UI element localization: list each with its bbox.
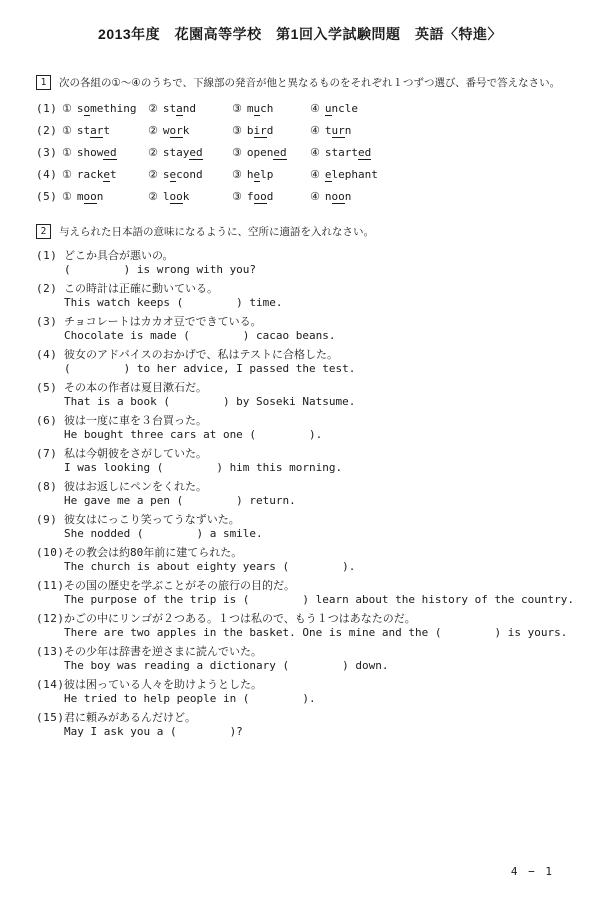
circled-number: ③ <box>232 102 242 115</box>
option-word: something <box>77 102 137 115</box>
circled-number: ④ <box>310 102 320 115</box>
section2-items: (1)どこか具合が悪いの。( ) is wrong with you?(2)この… <box>36 249 600 738</box>
word-prefix: l <box>163 190 170 203</box>
item-label: (9) <box>36 513 64 526</box>
row-label: (5) <box>36 190 62 203</box>
option-word: start <box>77 124 110 137</box>
item-japanese-text: かごの中にリンゴが２つある。１つは私ので、もう１つはあなたのだ。 <box>64 612 416 625</box>
circled-number: ② <box>148 124 158 137</box>
word-underlined-part: ar <box>90 124 103 138</box>
item-japanese-line: (3)チョコレートはカカオ豆でできている。 <box>36 315 600 328</box>
item-japanese-text: 彼は一度に車を３台買った。 <box>64 414 207 427</box>
item-english-sentence: May I ask you a ( )? <box>36 725 600 738</box>
option-word: showed <box>77 146 117 159</box>
item-english-sentence: I was looking ( ) him this morning. <box>36 461 600 474</box>
option-word: stayed <box>163 146 203 159</box>
item-label: (6) <box>36 414 64 427</box>
circled-number: ③ <box>232 168 242 181</box>
word-prefix: w <box>163 124 170 137</box>
option-word: much <box>247 102 274 115</box>
word-suffix: n <box>345 190 352 203</box>
item-japanese-line: (14)彼は困っている人々を助けようとした。 <box>36 678 600 691</box>
item-japanese-line: (13)その少年は辞書を逆さまに読んでいた。 <box>36 645 600 658</box>
fill-in-item: (3)チョコレートはカカオ豆でできている。Chocolate is made (… <box>36 315 600 342</box>
word-suffix: d <box>267 124 274 137</box>
word-prefix: st <box>163 102 176 115</box>
circled-number: ② <box>148 190 158 203</box>
fill-in-item: (8)彼はお返しにペンをくれた。He gave me a pen ( ) ret… <box>36 480 600 507</box>
section1-rows: (1)①something②stand③much④uncle(2)①start②… <box>36 97 600 207</box>
item-label: (7) <box>36 447 64 460</box>
word-prefix: rack <box>77 168 104 181</box>
fill-in-item: (4)彼女のアドバイスのおかげで、私はテストに合格した。( ) to her a… <box>36 348 600 375</box>
section1-header: 1 次の各組の①～④のうちで、下線部の発音が他と異なるものをそれぞれ１つずつ選び… <box>36 75 600 90</box>
word-underlined-part: a <box>176 102 183 116</box>
pronunciation-option: ①something <box>62 102 148 115</box>
word-underlined-part: e <box>325 168 332 182</box>
pronunciation-option: ②second <box>148 168 232 181</box>
word-prefix: s <box>163 168 170 181</box>
word-underlined-part: oo <box>84 190 97 204</box>
pronunciation-row: (4)①racket②second③help④elephant <box>36 163 600 185</box>
pronunciation-option: ④turn <box>310 124 351 137</box>
pronunciation-option: ②work <box>148 124 232 137</box>
word-underlined-part: e <box>103 168 110 182</box>
option-word: help <box>247 168 274 181</box>
circled-number: ③ <box>232 190 242 203</box>
fill-in-item: (2)この時計は正確に動いている。This watch keeps ( ) ti… <box>36 282 600 309</box>
item-japanese-line: (2)この時計は正確に動いている。 <box>36 282 600 295</box>
word-prefix: n <box>325 190 332 203</box>
word-suffix: lephant <box>332 168 378 181</box>
option-word: racket <box>77 168 117 181</box>
option-word: work <box>163 124 190 137</box>
item-english-sentence: There are two apples in the basket. One … <box>36 626 600 639</box>
word-suffix: mething <box>90 102 136 115</box>
item-japanese-text: この時計は正確に動いている。 <box>64 282 218 295</box>
word-suffix: nd <box>183 102 196 115</box>
pronunciation-row: (2)①start②work③bird④turn <box>36 119 600 141</box>
exam-page: 2013年度 花園高等学校 第1回入学試験問題 英語〈特進〉 1 次の各組の①～… <box>0 0 600 900</box>
pronunciation-option: ③much <box>232 102 310 115</box>
item-label: (14) <box>36 678 64 691</box>
item-japanese-text: 彼女はにっこり笑ってうなずいた。 <box>64 513 240 526</box>
circled-number: ① <box>62 124 72 137</box>
option-word: look <box>163 190 190 203</box>
circled-number: ③ <box>232 124 242 137</box>
word-prefix: s <box>77 102 84 115</box>
fill-in-item: (13)その少年は辞書を逆さまに読んでいた。The boy was readin… <box>36 645 600 672</box>
word-underlined-part: oo <box>254 190 267 204</box>
word-underlined-part: oo <box>170 190 183 204</box>
fill-in-item: (5)その本の作者は夏目漱石だ。That is a book ( ) by So… <box>36 381 600 408</box>
section2-header: 2 与えられた日本語の意味になるように、空所に適語を入れなさい。 <box>36 224 600 239</box>
word-suffix: ch <box>260 102 273 115</box>
option-word: uncle <box>325 102 358 115</box>
row-label: (2) <box>36 124 62 137</box>
item-english-sentence: The church is about eighty years ( ). <box>36 560 600 573</box>
pronunciation-option: ③bird <box>232 124 310 137</box>
word-suffix: d <box>267 190 274 203</box>
option-word: started <box>325 146 371 159</box>
word-prefix: t <box>325 124 332 137</box>
word-prefix: stay <box>163 146 190 159</box>
option-word: elephant <box>325 168 378 181</box>
pronunciation-option: ①start <box>62 124 148 137</box>
circled-number: ② <box>148 168 158 181</box>
word-prefix: st <box>77 124 90 137</box>
fill-in-item: (7)私は今朝彼をさがしていた。I was looking ( ) him th… <box>36 447 600 474</box>
item-label: (5) <box>36 381 64 394</box>
word-prefix: h <box>247 168 254 181</box>
pronunciation-option: ④elephant <box>310 168 378 181</box>
pronunciation-option: ④started <box>310 146 371 159</box>
option-word: stand <box>163 102 196 115</box>
item-label: (13) <box>36 645 64 658</box>
item-japanese-text: チョコレートはカカオ豆でできている。 <box>64 315 262 328</box>
option-word: turn <box>325 124 352 137</box>
word-underlined-part: ed <box>273 146 286 160</box>
circled-number: ① <box>62 168 72 181</box>
pronunciation-option: ④uncle <box>310 102 358 115</box>
circled-number: ① <box>62 102 72 115</box>
fill-in-item: (9)彼女はにっこり笑ってうなずいた。She nodded ( ) a smil… <box>36 513 600 540</box>
option-word: noon <box>325 190 352 203</box>
page-title: 2013年度 花園高等学校 第1回入学試験問題 英語〈特進〉 <box>0 0 600 44</box>
word-underlined-part: u <box>325 102 332 116</box>
item-english-sentence: ( ) is wrong with you? <box>36 263 600 276</box>
row-label: (1) <box>36 102 62 115</box>
section1-instruction: 次の各組の①～④のうちで、下線部の発音が他と異なるものをそれぞれ１つずつ選び、番… <box>59 75 560 90</box>
circled-number: ① <box>62 190 72 203</box>
word-underlined-part: ed <box>358 146 371 160</box>
item-label: (11) <box>36 579 64 592</box>
item-japanese-line: (4)彼女のアドバイスのおかげで、私はテストに合格した。 <box>36 348 600 361</box>
word-suffix: ncle <box>332 102 359 115</box>
item-japanese-line: (15)君に頼みがあるんだけど。 <box>36 711 600 724</box>
circled-number: ④ <box>310 190 320 203</box>
fill-in-item: (6)彼は一度に車を３台買った。He bought three cars at … <box>36 414 600 441</box>
word-prefix: f <box>247 190 254 203</box>
item-english-sentence: The boy was reading a dictionary ( ) dow… <box>36 659 600 672</box>
fill-in-item: (15)君に頼みがあるんだけど。May I ask you a ( )? <box>36 711 600 738</box>
item-english-sentence: She nodded ( ) a smile. <box>36 527 600 540</box>
item-label: (8) <box>36 480 64 493</box>
word-underlined-part: ir <box>254 124 267 138</box>
fill-in-item: (11)その国の歴史を学ぶことがその旅行の目的だ。The purpose of … <box>36 579 600 606</box>
word-underlined-part: oo <box>332 190 345 204</box>
item-japanese-line: (1)どこか具合が悪いの。 <box>36 249 600 262</box>
item-japanese-text: その少年は辞書を逆さまに読んでいた。 <box>64 645 262 658</box>
pronunciation-option: ①showed <box>62 146 148 159</box>
word-suffix: t <box>110 168 117 181</box>
item-english-sentence: That is a book ( ) by Soseki Natsume. <box>36 395 600 408</box>
circled-number: ④ <box>310 168 320 181</box>
word-prefix: open <box>247 146 274 159</box>
word-prefix: m <box>77 190 84 203</box>
word-suffix: cond <box>176 168 203 181</box>
word-underlined-part: ed <box>189 146 202 160</box>
pronunciation-option: ③food <box>232 190 310 203</box>
fill-in-item: (12)かごの中にリンゴが２つある。１つは私ので、もう１つはあなたのだ。Ther… <box>36 612 600 639</box>
fill-in-item: (14)彼は困っている人々を助けようとした。He tried to help p… <box>36 678 600 705</box>
item-label: (2) <box>36 282 64 295</box>
item-japanese-line: (12)かごの中にリンゴが２つある。１つは私ので、もう１つはあなたのだ。 <box>36 612 600 625</box>
pronunciation-option: ①moon <box>62 190 148 203</box>
word-underlined-part: ed <box>103 146 116 160</box>
circled-number: ② <box>148 146 158 159</box>
item-label: (12) <box>36 612 64 625</box>
word-prefix: m <box>247 102 254 115</box>
word-prefix: show <box>77 146 104 159</box>
item-label: (4) <box>36 348 64 361</box>
item-japanese-line: (10)その教会は約80年前に建てられた。 <box>36 546 600 559</box>
option-word: second <box>163 168 203 181</box>
item-japanese-text: 君に頼みがあるんだけど。 <box>64 711 196 724</box>
pronunciation-option: ②look <box>148 190 232 203</box>
item-japanese-text: どこか具合が悪いの。 <box>64 249 174 262</box>
item-japanese-text: 彼女のアドバイスのおかげで、私はテストに合格した。 <box>64 348 338 361</box>
circled-number: ④ <box>310 146 320 159</box>
item-label: (15) <box>36 711 64 724</box>
item-japanese-text: 彼はお返しにペンをくれた。 <box>64 480 207 493</box>
option-word: bird <box>247 124 274 137</box>
item-english-sentence: The purpose of the trip is ( ) learn abo… <box>36 593 600 606</box>
item-label: (10) <box>36 546 64 559</box>
item-japanese-text: 私は今朝彼をさがしていた。 <box>64 447 207 460</box>
word-underlined-part: or <box>170 124 183 138</box>
pronunciation-option: ①racket <box>62 168 148 181</box>
word-suffix: k <box>183 124 190 137</box>
row-label: (4) <box>36 168 62 181</box>
pronunciation-row: (5)①moon②look③food④noon <box>36 185 600 207</box>
item-japanese-text: その国の歴史を学ぶことがその旅行の目的だ。 <box>64 579 295 592</box>
row-label: (3) <box>36 146 62 159</box>
word-prefix: start <box>325 146 358 159</box>
option-word: moon <box>77 190 104 203</box>
pronunciation-option: ②stayed <box>148 146 232 159</box>
pronunciation-option: ②stand <box>148 102 232 115</box>
option-word: food <box>247 190 274 203</box>
word-underlined-part: ur <box>332 124 345 138</box>
pronunciation-option: ③help <box>232 168 310 181</box>
item-english-sentence: He tried to help people in ( ). <box>36 692 600 705</box>
word-suffix: n <box>97 190 104 203</box>
item-japanese-text: その本の作者は夏目漱石だ。 <box>64 381 207 394</box>
pronunciation-row: (3)①showed②stayed③opened④started <box>36 141 600 163</box>
section2-instruction: 与えられた日本語の意味になるように、空所に適語を入れなさい。 <box>59 224 374 239</box>
item-japanese-line: (9)彼女はにっこり笑ってうなずいた。 <box>36 513 600 526</box>
circled-number: ④ <box>310 124 320 137</box>
fill-in-item: (1)どこか具合が悪いの。( ) is wrong with you? <box>36 249 600 276</box>
item-japanese-text: その教会は約80年前に建てられた。 <box>64 546 242 559</box>
word-prefix: b <box>247 124 254 137</box>
item-english-sentence: This watch keeps ( ) time. <box>36 296 600 309</box>
item-english-sentence: He bought three cars at one ( ). <box>36 428 600 441</box>
option-word: opened <box>247 146 287 159</box>
word-suffix: lp <box>260 168 273 181</box>
circled-number: ① <box>62 146 72 159</box>
word-suffix: k <box>183 190 190 203</box>
item-japanese-text: 彼は困っている人々を助けようとした。 <box>64 678 262 691</box>
word-suffix: n <box>345 124 352 137</box>
item-japanese-line: (8)彼はお返しにペンをくれた。 <box>36 480 600 493</box>
fill-in-item: (10)その教会は約80年前に建てられた。The church is about… <box>36 546 600 573</box>
item-english-sentence: Chocolate is made ( ) cacao beans. <box>36 329 600 342</box>
item-japanese-line: (7)私は今朝彼をさがしていた。 <box>36 447 600 460</box>
item-english-sentence: He gave me a pen ( ) return. <box>36 494 600 507</box>
pronunciation-row: (1)①something②stand③much④uncle <box>36 97 600 119</box>
circled-number: ③ <box>232 146 242 159</box>
page-number: 4 − 1 <box>511 865 554 878</box>
section1-number-box: 1 <box>36 75 51 90</box>
pronunciation-option: ③opened <box>232 146 310 159</box>
item-label: (3) <box>36 315 64 328</box>
section2-number-box: 2 <box>36 224 51 239</box>
item-japanese-line: (6)彼は一度に車を３台買った。 <box>36 414 600 427</box>
item-japanese-line: (5)その本の作者は夏目漱石だ。 <box>36 381 600 394</box>
circled-number: ② <box>148 102 158 115</box>
item-label: (1) <box>36 249 64 262</box>
pronunciation-option: ④noon <box>310 190 351 203</box>
word-suffix: t <box>103 124 110 137</box>
item-english-sentence: ( ) to her advice, I passed the test. <box>36 362 600 375</box>
item-japanese-line: (11)その国の歴史を学ぶことがその旅行の目的だ。 <box>36 579 600 592</box>
